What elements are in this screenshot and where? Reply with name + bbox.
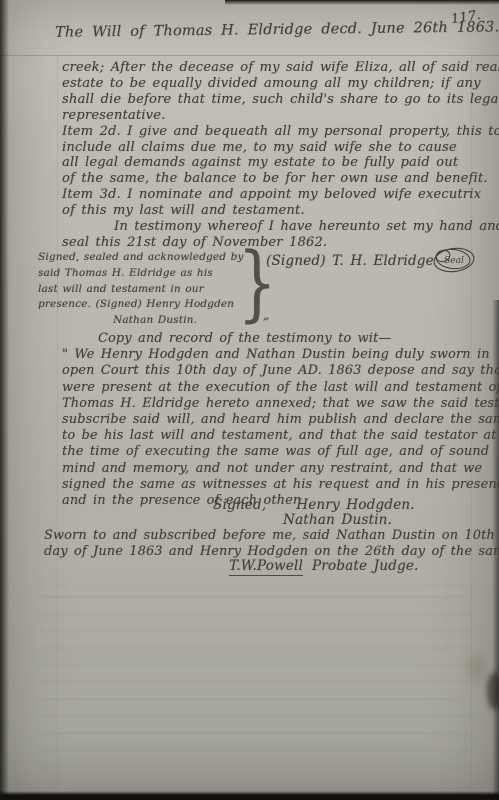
will-text-line: Item 3d. I nominate and appoint my belov… <box>62 187 499 203</box>
witness-signature: Nathan Dustin. <box>283 512 392 528</box>
will-text-line: include all claims due me, to my said wi… <box>62 140 499 156</box>
photo-edge-top <box>225 0 499 5</box>
signed-label: Signed, <box>213 497 266 513</box>
jurat-block: Sworn to and subscribed before me, said … <box>44 528 499 560</box>
testimony-text-block: Copy and record of the testimony to wit—… <box>62 331 499 509</box>
testimony-heading: Copy and record of the testimony to wit— <box>62 331 499 347</box>
testimony-line: Thomas H. Eldridge hereto annexed; that … <box>62 396 499 412</box>
will-text-line: representative. <box>62 108 499 124</box>
photo-edge-left <box>0 0 9 800</box>
attestation-note-line: last will and testament in our <box>38 282 244 298</box>
will-text-line: of the same, the balance to be for her o… <box>62 171 499 187</box>
will-text-line: In testimony whereof I have hereunto set… <box>62 219 499 235</box>
testimony-line: " We Henry Hodgden and Nathan Dustin bei… <box>62 347 499 363</box>
testimony-line: signed the same as witnesses at his requ… <box>62 477 499 493</box>
attestation-note-line: Signed, sealed and acknowledged by <box>38 250 244 266</box>
ink-bleed-through <box>40 596 473 776</box>
will-text-line: Item 2d. I give and bequeath all my pers… <box>62 124 499 140</box>
will-text-block: creek; After the decease of my said wife… <box>62 60 499 251</box>
judge-title: Probate Judge. <box>312 558 419 574</box>
judge-signature-row: T.W.PowellProbate Judge. <box>229 558 419 574</box>
jurat-line: Sworn to and subscribed before me, said … <box>44 528 499 544</box>
testator-signature-line: (Signed) T. H. Eldridge <box>266 253 434 269</box>
will-text-line: estate to be equally divided amoung all … <box>62 76 499 92</box>
will-text-line: of this my last will and testament. <box>62 203 499 219</box>
notary-seal-icon: Seal <box>431 244 477 276</box>
seal-text: Seal <box>444 256 464 266</box>
witness-signature: Henry Hodgden. <box>296 497 414 513</box>
will-text-line: shall die before that time, such child's… <box>62 92 499 108</box>
testimony-line: to be his last will and testament, and t… <box>62 428 499 444</box>
testimony-line: open Court this 10th day of June AD. 186… <box>62 363 499 379</box>
page-title: The Will of Thomas H. Eldridge decd. Jun… <box>55 19 499 40</box>
ditto-quote-mark: „ <box>263 308 269 322</box>
testimony-line: were present at the execution of the las… <box>62 380 499 396</box>
testimony-line: the time of executing the same was of fu… <box>62 444 499 460</box>
will-text-line: creek; After the decease of my said wife… <box>62 60 499 76</box>
attestation-note-line: presence. (Signed) Henry Hodgden <box>38 297 244 313</box>
judge-signature: T.W.Powell <box>229 558 303 576</box>
attestation-note-line: Nathan Dustin. <box>38 313 244 329</box>
photo-edge-smudge <box>487 672 499 710</box>
will-text-line: all legal demands against my estate to b… <box>62 155 499 171</box>
attestation-note: Signed, sealed and acknowledged by said … <box>38 250 244 329</box>
attestation-note-line: said Thomas H. Eldridge as his <box>38 266 244 282</box>
testimony-line: mind and memory, and not under any restr… <box>62 461 499 477</box>
ledger-photo: 117. The Will of Thomas H. Eldridge decd… <box>0 0 499 800</box>
testimony-line: subscribe said will, and heard him publi… <box>62 412 499 428</box>
paper-stain <box>462 648 490 688</box>
lower-rule-line <box>57 585 471 586</box>
header-rule-line <box>0 55 499 56</box>
photo-edge-bottom <box>0 791 499 800</box>
witness-signature-row: Signed, Henry Hodgden. <box>213 497 415 513</box>
